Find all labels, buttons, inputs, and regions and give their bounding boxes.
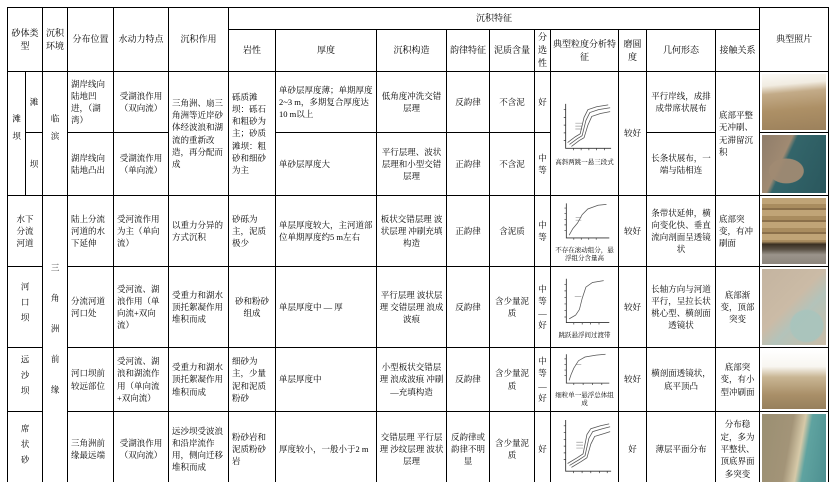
sheet-sand-sedimentation: 远沙坝受波浪和沿岸流作用，侧向迁移堆积而成 — [169, 412, 229, 482]
sheet-sand-mud: 含少量泥质 — [490, 412, 535, 482]
env-delta-front: 三角洲前缘 — [43, 196, 68, 482]
photo-mouth-bar-aerial — [760, 267, 829, 348]
beach-rhythm: 反韵律 — [447, 72, 490, 133]
sheet-sand-sorting: 好 — [535, 412, 551, 482]
channel-distribution: 陆上分流河道的水下延伸 — [68, 196, 114, 267]
aerial-sand-spit-photo — [762, 135, 826, 193]
col-header-sed-features: 沉积特征 — [229, 8, 760, 30]
col-header-roundness: 磨圆度 — [619, 30, 647, 72]
grain-chart-caption: 细粒单一悬浮总体组成 — [553, 392, 616, 408]
channel-lithology: 砂砾为主，泥质极少 — [229, 196, 276, 267]
mouth-bar-geometry: 长轴方向与河道平行，呈拉长状桃心型、横剖面透镜状 — [647, 267, 716, 348]
col-header-geometry: 几何形态 — [647, 30, 716, 72]
grain-size-curve-chart — [557, 351, 613, 391]
beach-sorting: 好 — [535, 72, 551, 133]
channel-grain-chart: 不存在滚动组分，悬浮组分含量高 — [551, 196, 619, 267]
sheet-sand-thickness: 厚度较小，一般小于2 m — [276, 412, 377, 482]
grain-size-curve-chart — [557, 200, 613, 246]
distal-bar-lithology: 细砂为主，少量泥和泥质粉砂 — [229, 348, 276, 412]
col-header-distribution: 分布位置 — [68, 8, 114, 72]
distal-bar-roundness: 较好 — [619, 348, 647, 412]
row-label-beach: 滩 — [26, 72, 43, 133]
beach-geometry: 平行岸线，成排成带席状展布 — [647, 72, 716, 133]
beach-structure: 低角度冲洗交错层理 — [377, 72, 447, 133]
mouth-bar-sorting: 中等—好 — [535, 267, 551, 348]
row-label-bar: 坝 — [26, 133, 43, 196]
photo-beach-outcrop — [760, 72, 829, 133]
mouth-bar-contact: 底部渐变，顶部突变 — [716, 267, 760, 348]
distal-bar-structure: 小型板状交错层理 浪成波痕 冲刷—充填构造 — [377, 348, 447, 412]
channel-structure: 板状交错层理 波状层理 冲刷充填构造 — [377, 196, 447, 267]
bar-mud: 不含泥 — [490, 133, 535, 196]
mouth-bar-roundness: 较好 — [619, 267, 647, 348]
mouth-bar-thickness: 单层厚度中 — 厚 — [276, 267, 377, 348]
bar-rhythm: 正韵律 — [447, 133, 490, 196]
channel-mud: 含泥质 — [490, 196, 535, 267]
bar-geometry: 长条状展布，一端与陆相连 — [647, 133, 716, 196]
distal-bar-mud: 含少量泥质 — [490, 348, 535, 412]
rowgroup-beach-bar: 滩坝 — [8, 72, 26, 196]
beach-distribution: 湖岸线向陆地凹进，（湖湾） — [68, 72, 114, 133]
mouth-bar-distribution: 分流河道河口处 — [68, 267, 114, 348]
col-header-rhythm: 韵律特征 — [447, 30, 490, 72]
sheet-sand-lithology: 粉砂岩和泥质粉砂岩 — [229, 412, 276, 482]
col-header-sorting: 分选性 — [535, 30, 551, 72]
photo-bar-aerial — [760, 133, 829, 196]
outcrop-cliff-photo — [762, 74, 826, 130]
col-header-sand-body-type: 砂体类型 — [8, 8, 43, 72]
beach-mud: 不含泥 — [490, 72, 535, 133]
col-header-grain-size: 典型粒度分析特征 — [551, 30, 619, 72]
channel-geometry: 条带状延伸，横向变化快、垂直流向剖面呈透镜状 — [647, 196, 716, 267]
distal-bar-contact: 底部突变，有小型冲刷面 — [716, 348, 760, 412]
distal-bar-sorting: 中等—好 — [535, 348, 551, 412]
distal-bar-hydrodynamics: 受河流、湖浪和湖流作用（单向流+双向流） — [114, 348, 169, 412]
sheet-sand-rhythm: 反韵律或韵律不明显 — [447, 412, 490, 482]
sheet-sand-geometry: 薄层平面分布 — [647, 412, 716, 482]
distal-bar-grain-chart: 细粒单一悬浮总体组成 — [551, 348, 619, 412]
beach-hydrodynamics: 受湖浪作用（双向流） — [114, 72, 169, 133]
beach-bar-lithology: 砾质滩坝：砾石和粗砂为主；砂质滩坝：粗砂和细砂为主 — [229, 72, 276, 196]
grain-size-curve-chart — [556, 417, 614, 481]
col-header-sed-structure: 沉积构造 — [377, 30, 447, 72]
mouth-bar-rhythm: 反韵律 — [447, 267, 490, 348]
distal-bar-geometry: 横剖面透镜状，底平顶凸 — [647, 348, 716, 412]
grain-chart-caption: 不存在滚动组分，悬浮组分含量高 — [553, 247, 616, 263]
bar-distribution: 湖岸线向陆地凸出 — [68, 133, 114, 196]
col-header-mud-content: 泥质含量 — [490, 30, 535, 72]
aerial-coastline-photo — [762, 414, 826, 482]
channel-roundness: 较好 — [619, 196, 647, 267]
col-header-contact: 接触关系 — [716, 30, 760, 72]
bar-structure: 平行层理、波状层理和小型交错层理 — [377, 133, 447, 196]
bar-hydrodynamics: 受湖流作用（单向流） — [114, 133, 169, 196]
mouth-bar-lithology: 砂和粉砂组成 — [229, 267, 276, 348]
sedimentary-characteristics-table: 砂体类型 沉积环境 分布位置 水动力特点 沉积作用 沉积特征 典型照片 岩性 厚… — [7, 7, 829, 482]
channel-contact: 底部突变，有冲刷面 — [716, 196, 760, 267]
col-header-photo: 典型照片 — [760, 8, 829, 72]
channel-rhythm: 正韵律 — [447, 196, 490, 267]
mouth-bar-sedimentation: 受重力和湖水顶托絮凝作用堆积而成 — [169, 267, 229, 348]
col-header-sed-env: 沉积环境 — [43, 8, 68, 72]
grain-size-curve-chart — [557, 275, 613, 331]
sheet-sand-structure: 交错层理 平行层理 沙纹层理 波状层理 — [377, 412, 447, 482]
sheet-sand-grain-chart — [551, 412, 619, 482]
beach-bar-grain-chart: 高斜两跳一悬三段式 — [551, 72, 619, 196]
outcrop-cliff-photo — [762, 350, 826, 409]
env-linbin: 临滨 — [43, 72, 68, 196]
row-label-distal-bar: 远沙坝 — [8, 348, 43, 412]
beach-bar-sedimentation: 三角洲、扇三角洲等近岸砂体经波浪和湖流的重新改造，再分配而成 — [169, 72, 229, 196]
photo-distal-bar-outcrop — [760, 348, 829, 412]
beach-bar-roundness: 较好 — [619, 72, 647, 196]
bar-thickness: 单砂层厚度大 — [276, 133, 377, 196]
distal-bar-thickness: 单层厚度中 — [276, 348, 377, 412]
sheet-sand-hydrodynamics: 受湖浪作用（双向流） — [114, 412, 169, 482]
channel-sedimentation: 以重力分异的方式沉积 — [169, 196, 229, 267]
mouth-bar-mud: 含少量泥质 — [490, 267, 535, 348]
sheet-sand-roundness: 好 — [619, 412, 647, 482]
aerial-delta-photo — [762, 269, 826, 345]
sheet-sand-distribution: 三角洲前缘最远端 — [68, 412, 114, 482]
channel-hydrodynamics: 受河流作用为主（单向流） — [114, 196, 169, 267]
mouth-bar-grain-chart: 跳跃悬浮间过渡带 — [551, 267, 619, 348]
col-header-hydrodynamics: 水动力特点 — [114, 8, 169, 72]
beach-bar-contact: 底部平整无冲刷、无滞留沉积 — [716, 72, 760, 196]
row-label-mouth-bar: 河口坝 — [8, 267, 43, 348]
grain-chart-caption: 跳跃悬浮间过渡带 — [559, 332, 611, 340]
col-header-thickness: 厚度 — [276, 30, 377, 72]
grain-chart-caption: 高斜两跳一悬三段式 — [555, 159, 614, 167]
row-label-sheet-sand: 席状砂 — [8, 412, 43, 482]
col-header-lithology: 岩性 — [229, 30, 276, 72]
beach-thickness: 单砂层厚度薄；单期厚度2~3 m，多期复合厚度达10 m以上 — [276, 72, 377, 133]
photo-sheet-sand-aerial — [760, 412, 829, 482]
distal-bar-sedimentation: 受重力和湖水顶托絮凝作用堆积而成 — [169, 348, 229, 412]
grain-size-curve-chart — [556, 100, 614, 158]
mouth-bar-hydrodynamics: 受河流、湖浪作用（单向流+双向流） — [114, 267, 169, 348]
distal-bar-rhythm: 反韵律 — [447, 348, 490, 412]
col-header-sedimentation: 沉积作用 — [169, 8, 229, 72]
photo-channel-outcrop — [760, 196, 829, 267]
channel-sorting: 中等 — [535, 196, 551, 267]
sheet-sand-contact: 分布稳定，多为平整状、顶底界面多突变 — [716, 412, 760, 482]
mouth-bar-structure: 平行层理 波状层理 交错层理 浪成波痕 — [377, 267, 447, 348]
row-label-channel: 水下分流河道 — [8, 196, 43, 267]
channel-thickness: 单层厚度较大，主河道部位单期厚度约5 m左右 — [276, 196, 377, 267]
bar-sorting: 中等 — [535, 133, 551, 196]
outcrop-strata-photo — [762, 198, 826, 264]
distal-bar-distribution: 河口坝前较远部位 — [68, 348, 114, 412]
